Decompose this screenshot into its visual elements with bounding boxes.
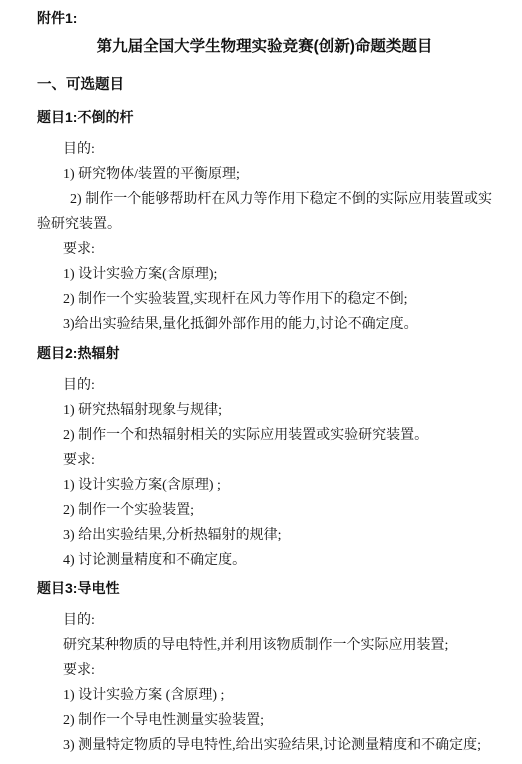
requirement-item: 2) 制作一个实验装置,实现杆在风力等作用下的稳定不倒;: [37, 287, 492, 312]
purpose-label: 目的:: [37, 137, 492, 162]
purpose-item: 2) 制作一个能够帮助杆在风力等作用下稳定不倒的实际应用装置或实验研究装置。: [37, 187, 492, 237]
requirement-item: 2) 制作一个实验装置;: [37, 498, 492, 523]
document-title: 第九届全国大学生物理实验竞赛(创新)命题类题目: [37, 36, 492, 58]
requirement-item: 4) 讨论测量精度和不确定度。: [37, 548, 492, 573]
purpose-item: 2) 制作一个和热辐射相关的实际应用装置或实验研究装置。: [37, 423, 492, 448]
requirement-label: 要求:: [37, 237, 492, 262]
topic-2-heading: 题目2:热辐射: [37, 343, 492, 363]
topic-2: 题目2:热辐射 目的: 1) 研究热辐射现象与规律; 2) 制作一个和热辐射相关…: [37, 343, 492, 573]
purpose-item: 1) 研究物体/装置的平衡原理;: [37, 162, 492, 187]
topic-1: 题目1:不倒的杆 目的: 1) 研究物体/装置的平衡原理; 2) 制作一个能够帮…: [37, 107, 492, 337]
topic-3-heading: 题目3:导电性: [37, 578, 492, 598]
requirement-label: 要求:: [37, 658, 492, 683]
purpose-label: 目的:: [37, 608, 492, 633]
requirement-item: 1) 设计实验方案(含原理) ;: [37, 473, 492, 498]
document-page: 附件1: 第九届全国大学生物理实验竞赛(创新)命题类题目 一、可选题目 题目1:…: [0, 0, 522, 764]
purpose-label: 目的:: [37, 373, 492, 398]
topic-3: 题目3:导电性 目的: 研究某种物质的导电特性,并利用该物质制作一个实际应用装置…: [37, 578, 492, 758]
requirement-label: 要求:: [37, 448, 492, 473]
requirement-item: 3)给出实验结果,量化抵御外部作用的能力,讨论不确定度。: [37, 312, 492, 337]
requirement-item: 1) 设计实验方案(含原理);: [37, 262, 492, 287]
purpose-item: 研究某种物质的导电特性,并利用该物质制作一个实际应用装置;: [37, 633, 492, 658]
requirement-item: 2) 制作一个导电性测量实验装置;: [37, 708, 492, 733]
purpose-item: 1) 研究热辐射现象与规律;: [37, 398, 492, 423]
attachment-label: 附件1:: [37, 8, 492, 28]
requirement-item: 3) 给出实验结果,分析热辐射的规律;: [37, 523, 492, 548]
requirement-item: 3) 测量特定物质的导电特性,给出实验结果,讨论测量精度和不确定度;: [37, 733, 492, 758]
section-heading: 一、可选题目: [37, 75, 492, 95]
requirement-item: 1) 设计实验方案 (含原理) ;: [37, 683, 492, 708]
topic-1-heading: 题目1:不倒的杆: [37, 107, 492, 127]
